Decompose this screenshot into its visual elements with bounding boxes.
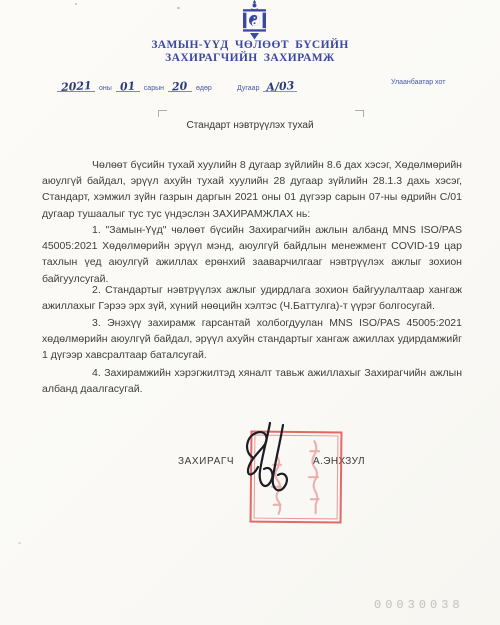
- scan-speck: [177, 7, 180, 9]
- date-year-slot: 2021: [57, 81, 95, 92]
- date-month-label: сарын: [144, 85, 164, 92]
- document-page: ЗАМЫН-ҮҮД ЧӨЛӨӨТ БҮСИЙН ЗАХИРАГЧИЙН ЗАХИ…: [0, 0, 500, 625]
- date-day-label: өдөр: [196, 85, 212, 92]
- layout-corner-mark-right: [355, 110, 364, 117]
- signer-role: ЗАХИРАГЧ: [178, 456, 234, 467]
- document-title: Стандарт нэвтрүүлэх тухай: [0, 120, 500, 131]
- order-item-3: 3. Энэхүү захирамж гарсантай холбогдуула…: [42, 315, 462, 364]
- document-number: Дугаар А/03: [237, 76, 297, 92]
- handwritten-signature-icon: [240, 417, 298, 497]
- city-label: Улаанбаатар хот: [391, 79, 445, 86]
- date-line: 2021 оны 01 сарын 20 өдөр: [57, 76, 212, 92]
- number-label: Дугаар: [237, 85, 259, 92]
- number-slot: А/03: [263, 81, 297, 92]
- org-title: ЗАМЫН-ҮҮД ЧӨЛӨӨТ БҮСИЙН ЗАХИРАГЧИЙН ЗАХИ…: [0, 39, 500, 65]
- order-item-2: 2. Стандартыг нэвтрүүлэх ажлыг удирдлага…: [42, 282, 462, 314]
- date-day-value: 20: [172, 81, 188, 92]
- org-title-line2: ЗАХИРАГЧИЙН ЗАХИРАМЖ: [0, 52, 500, 65]
- preamble-paragraph: Чөлөөт бүсийн тухай хуулийн 8 дугаар зүй…: [42, 157, 462, 222]
- soyombo-emblem-icon: [243, 0, 266, 40]
- serial-number: 00030038: [374, 598, 464, 612]
- date-month-slot: 01: [116, 81, 140, 92]
- number-value: А/03: [266, 81, 295, 93]
- org-title-line1: ЗАМЫН-ҮҮД ЧӨЛӨӨТ БҮСИЙН: [0, 39, 500, 52]
- order-item-1: 1. "Замын-Үүд" чөлөөт бүсийн Захирагчийн…: [42, 222, 462, 287]
- order-item-4: 4. Захирамжийн хэрэгжилтэд хяналт тавьж …: [42, 365, 462, 397]
- scan-speck: [18, 542, 21, 544]
- date-year-label: оны: [99, 85, 112, 92]
- layout-corner-mark-left: [158, 110, 167, 117]
- date-month-value: 01: [120, 81, 136, 92]
- date-day-slot: 20: [168, 81, 192, 92]
- date-year-value: 2021: [60, 81, 91, 93]
- scan-speck: [75, 3, 77, 5]
